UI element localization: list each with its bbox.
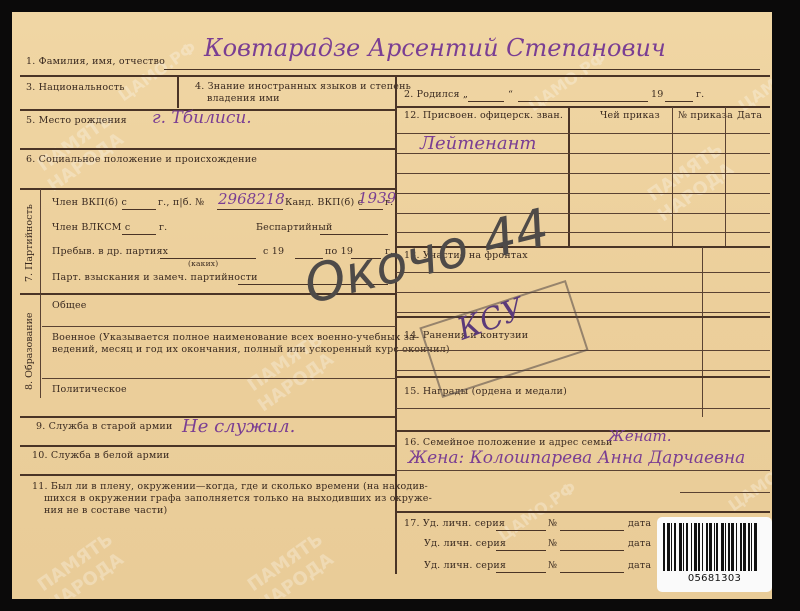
value-family-address: Жена: Колошпарева Анна Дарчаевна [408, 448, 745, 468]
watermark: ЦАМО.РФ [115, 38, 200, 105]
divider [568, 107, 570, 247]
divider [20, 474, 396, 476]
id-series-line [496, 550, 546, 551]
value-marital-status: Женат. [608, 427, 672, 445]
divider [396, 430, 770, 432]
value-old-army: Не служил. [182, 416, 295, 437]
divider [396, 106, 770, 108]
label-nationality: 3. Национальность [26, 82, 125, 93]
label-date: дата [628, 560, 651, 571]
row-line [396, 213, 770, 214]
label-languages-2: владения ими [207, 93, 280, 104]
label-date: дата [628, 518, 651, 529]
watermark: НАРОДА [254, 349, 338, 416]
section-party: 7. Партийность [24, 204, 35, 282]
born-year-prefix: 19 [651, 89, 664, 100]
label-family: 16. Семейное положение и адрес семьи [404, 437, 612, 448]
non-party-line [320, 234, 388, 235]
id-number-line [560, 530, 624, 531]
label-officer-rank: 12. Присвоен. офицерск. зван. [404, 110, 563, 121]
label-vkpb-member: Член ВКП(б) с [52, 197, 127, 208]
vlksm-year-line [122, 234, 156, 235]
row-line [396, 173, 770, 174]
label-full-name: 1. Фамилия, имя, отчество [26, 56, 165, 67]
watermark: ПАМЯТЬ [244, 529, 327, 596]
born-day-line [468, 101, 504, 102]
label-captivity-3: ния не в составе части) [44, 505, 167, 516]
label-old-army: 9. Служба в старой армии [36, 421, 172, 432]
label-other-parties: Пребыв. в др. партиях [52, 246, 168, 257]
label-captivity-2: шихся в окружении графа заполняется толь… [44, 493, 432, 504]
watermark: ПАМЯТЬ [34, 529, 117, 596]
row-line [680, 492, 770, 493]
vkpb-year-line [122, 209, 156, 210]
row-line [396, 193, 770, 194]
row-line [396, 292, 770, 293]
label-white-army: 10. Служба в белой армии [32, 450, 170, 461]
record-card: ЦАМО.РФ ЦАМО.РФ ЦАМО.РФ ПАМЯТЬ НАРОДА ПА… [12, 12, 772, 599]
value-full-name: Ковтарадзе Арсентий Степанович [204, 34, 666, 62]
id-series-line [496, 530, 546, 531]
label-whose-order: Чей приказ [600, 110, 660, 121]
divider [177, 76, 179, 108]
born-month-line [518, 101, 648, 102]
label-born: 2. Родился „ [404, 89, 468, 100]
divider [42, 326, 396, 327]
label-date: дата [628, 538, 651, 549]
value-officer-rank: Лейтенант [420, 133, 537, 154]
label-number: № [548, 518, 557, 529]
party-card-line [217, 209, 283, 210]
label-from-19: с 19 [263, 246, 284, 257]
barcode-label: 05681303 [657, 517, 772, 592]
label-general-education: Общее [52, 300, 87, 311]
row-line [396, 408, 770, 409]
divider [20, 148, 396, 150]
row-line [396, 470, 770, 471]
label-number: № [548, 538, 557, 549]
label-awards: 15. Награды (ордена и медали) [404, 386, 567, 397]
label-g: г. [385, 197, 393, 208]
row-line [396, 312, 770, 313]
divider [42, 378, 396, 379]
label-military-education: Военное (Указывается полное наименование… [52, 332, 418, 343]
section-education: 8. Образование [24, 312, 35, 390]
label-id-series: Уд. личн. серия [424, 538, 506, 549]
divider [40, 294, 41, 398]
label-id-series: 17. Уд. личн. серия [404, 518, 505, 529]
barcode-number: 05681303 [657, 573, 772, 584]
label-g: г. [159, 222, 167, 233]
label-party-card: г., п|б. № [158, 197, 204, 208]
label-captivity: 11. Был ли в плену, окружении—когда, где… [32, 481, 428, 492]
divider [725, 107, 726, 247]
born-year-line [665, 101, 693, 102]
divider [672, 107, 673, 247]
label-date: Дата [737, 110, 762, 121]
divider [20, 188, 396, 190]
barcode-icon [663, 523, 765, 571]
divider [20, 445, 396, 447]
label-vlksm: Член ВЛКСМ с [52, 222, 130, 233]
born-quote: “ [508, 89, 513, 100]
divider [40, 189, 41, 293]
born-year-suffix: г. [696, 89, 704, 100]
label-party-penalties: Парт. взыскания и замеч. партийности [52, 272, 258, 283]
label-political-education: Политическое [52, 384, 127, 395]
value-birthplace: г. Тбилиси. [152, 108, 252, 128]
label-id-series: Уд. личн. серия [424, 560, 506, 571]
label-social-status: 6. Социальное положение и происхождение [26, 154, 257, 165]
value-party-card: 2968218 [218, 190, 285, 208]
candidate-year-line [359, 209, 383, 210]
watermark: НАРОДА [254, 549, 338, 599]
watermark: НАРОДА [44, 549, 128, 599]
label-candidate: Канд. ВКП(б) с [285, 197, 363, 208]
id-number-line [560, 550, 624, 551]
label-military-education-2: ведений, месяц и год их окончания, полны… [52, 344, 450, 355]
hint-which: (каких) [188, 259, 218, 268]
label-languages: 4. Знание иностранных языков и степень [195, 81, 411, 92]
id-number-line [560, 572, 624, 573]
label-non-party: Беспартийный [256, 222, 333, 233]
name-underline [164, 69, 760, 70]
divider [396, 511, 770, 513]
id-series-line [496, 572, 546, 573]
label-number: № [548, 560, 557, 571]
label-birthplace: 5. Место рождения [26, 115, 127, 126]
